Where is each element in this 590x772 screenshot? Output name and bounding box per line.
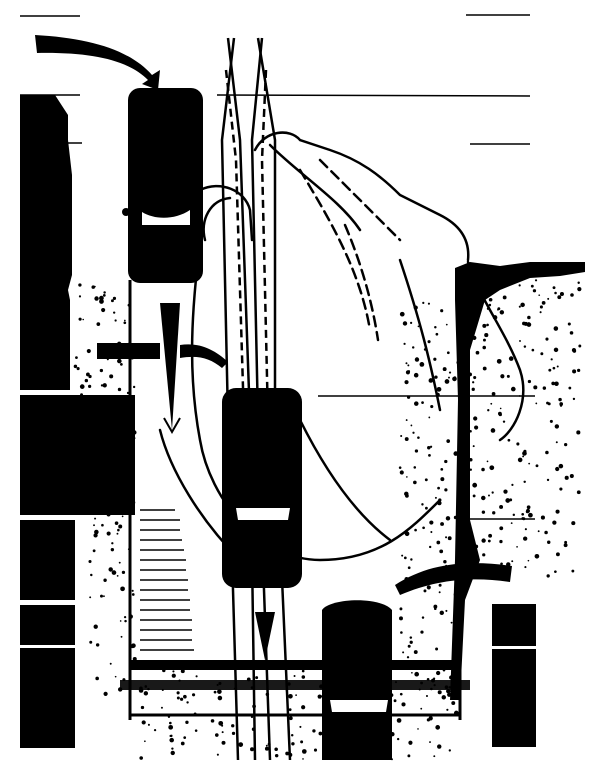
curved-arrow-bottom-right [395, 563, 512, 595]
curved-arrow-top-left [35, 35, 160, 90]
illustration [0, 0, 590, 772]
dark-blocks-left [20, 95, 135, 748]
bottom-texture [130, 660, 460, 670]
hatching [140, 510, 194, 650]
curved-bar-left [97, 343, 228, 368]
car-top-left [122, 88, 203, 283]
car-bottom [322, 600, 392, 760]
downward-arrow [160, 303, 180, 432]
dark-blocks-right [492, 604, 536, 747]
